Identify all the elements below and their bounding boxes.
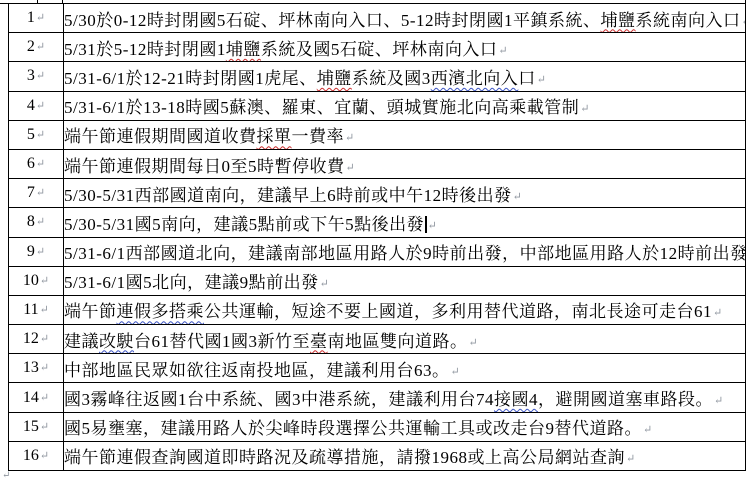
row-text: 南地區雙向道路。 — [328, 332, 468, 351]
row-number: 8 — [27, 213, 35, 230]
table-row: 13↵中部地區民眾如欲往返南投地區，建議利用台63。↵ — [9, 354, 746, 383]
end-of-cell-mark: ↵ — [40, 421, 49, 433]
end-of-cell-mark: ↵ — [36, 41, 45, 53]
row-text: 5/30-5/31西部國道南向，建議早上6時前或中午12時後出發 — [64, 186, 512, 205]
end-of-cell-mark: ↵ — [40, 275, 49, 287]
row-text: 5/30於0-12時封閉國5石碇、坪林南向入口、5-12時封閉國1平鎮系統、 — [64, 11, 601, 30]
row-text: 國3霧峰往返國1台中系統、國3中港系統，建議利用台74 — [64, 390, 494, 409]
row-text: 5/31-6/1西部國道北向，建議南部地區用路人於9時前出發，中部地區用路人於1… — [64, 244, 746, 263]
end-of-cell-mark: ↵ — [36, 246, 45, 258]
document-page: 1↵5/30於0-12時封閉國5石碇、坪林南向入口、5-12時封閉國1平鎮系統、… — [0, 0, 751, 478]
row-text: 系統及國5石碇、坪林南向入口 — [261, 40, 498, 59]
end-of-cell-mark: ↵ — [36, 12, 45, 24]
end-of-cell-mark: ↵ — [345, 132, 354, 144]
row-text-cell[interactable]: 5/30-5/31國5南向，建議5點前或下午5點後出發↵ — [64, 208, 746, 237]
end-of-cell-mark: ↵ — [713, 307, 722, 319]
table-row: 1↵5/30於0-12時封閉國5石碇、坪林南向入口、5-12時封閉國1平鎮系統、… — [9, 4, 746, 33]
row-number-cell[interactable]: 10↵ — [9, 266, 64, 295]
table-body: 1↵5/30於0-12時封閉國5石碇、坪林南向入口、5-12時封閉國1平鎮系統、… — [9, 4, 746, 471]
row-number: 6 — [27, 155, 35, 172]
row-number: 10 — [23, 272, 39, 289]
table-row: 11↵端午節連假多搭乘公共運輸，短途不要上國道，多利用替代道路，南北長途可走台6… — [9, 295, 746, 324]
row-text: ，避開國道塞車路段。 — [538, 390, 713, 409]
row-number: 9 — [27, 243, 35, 260]
row-text: 系統及國3 — [352, 69, 431, 88]
row-text: 5/31於5-12時封閉國1 — [64, 40, 226, 59]
end-of-cell-mark: ↵ — [36, 70, 45, 82]
spellcheck-flagged-text: 臺 — [310, 332, 328, 351]
end-of-cell-mark: ↵ — [513, 191, 522, 203]
end-of-cell-mark: ↵ — [537, 74, 546, 86]
row-number: 16 — [23, 447, 39, 464]
table-row: 12↵建議改駛台61替代國1國3新竹至臺南地區雙向道路。↵ — [9, 325, 746, 354]
table-row: 14↵國3霧峰往返國1台中系統、國3中港系統，建議利用台74接國4，避開國道塞車… — [9, 383, 746, 412]
row-number-cell[interactable]: 6↵ — [9, 149, 64, 178]
row-text: 5/30-5/31國5南向，建議5點前或下午5點後出發 — [64, 215, 424, 234]
row-text: 端午節連假期間每日0至5時暫停收費 — [64, 157, 345, 176]
table-row: 16↵端午節連假查詢國道即時路況及疏導措施，請撥1968或上高公局網站查詢↵ — [9, 441, 746, 470]
row-text: 5/31-6/1於13-18時國5蘇澳、羅東、宜蘭、頭城實施北向高乘載管制 — [64, 98, 579, 117]
row-text: 5/31-6/1於12-21時封閉國1虎尾、 — [64, 69, 317, 88]
row-text: 系統南向入口 — [636, 11, 741, 30]
spellcheck-flagged-text: 採單 — [257, 127, 292, 146]
end-of-cell-mark: ↵ — [40, 392, 49, 404]
row-text-cell[interactable]: 5/31-6/1於12-21時封閉國1虎尾、埔鹽系統及國3西濱北向入口↵ — [64, 62, 746, 91]
row-number: 15 — [23, 418, 39, 435]
row-text: 中部地區民眾如欲往返南投地區，建議利用台63。 — [64, 361, 450, 380]
row-text-cell[interactable]: 5/30-5/31西部國道南向，建議早上6時前或中午12時後出發↵ — [64, 179, 746, 208]
grammarcheck-flagged-text: 改駛 — [99, 332, 134, 351]
grammarcheck-flagged-text: 西濱北向入 — [431, 69, 519, 88]
table-row: 15↵國5易壅塞，建議用路人於尖峰時段選擇公共運輸工具或改走台9替代道路。↵ — [9, 412, 746, 441]
end-of-cell-mark: ↵ — [742, 16, 746, 28]
row-number-cell[interactable]: 16↵ — [9, 441, 64, 470]
row-text-cell[interactable]: 5/31於5-12時封閉國1埔鹽系統及國5石碇、坪林南向入口↵ — [64, 33, 746, 62]
row-number-cell[interactable]: 7↵ — [9, 179, 64, 208]
row-text: 公共運輸，短途不要上國道，多利用替代道路，南北長途可走台61 — [204, 302, 712, 321]
row-number-cell[interactable]: 12↵ — [9, 325, 64, 354]
end-of-cell-mark: ↵ — [36, 216, 45, 228]
paragraph-mark: ↵ — [2, 470, 10, 478]
table-row: 8↵5/30-5/31國5南向，建議5點前或下午5點後出發↵ — [9, 208, 746, 237]
row-number: 2 — [27, 38, 35, 55]
row-number-cell[interactable]: 13↵ — [9, 354, 64, 383]
table-row: 4↵5/31-6/1於13-18時國5蘇澳、羅東、宜蘭、頭城實施北向高乘載管制↵ — [9, 91, 746, 120]
row-number: 11 — [23, 301, 38, 318]
row-number: 13 — [23, 359, 39, 376]
end-of-cell-mark: ↵ — [346, 162, 355, 174]
row-text: 口 — [518, 69, 536, 88]
row-number: 12 — [23, 330, 39, 347]
spellcheck-flagged-text: 埔鹽 — [317, 69, 352, 88]
row-text-cell[interactable]: 國5易壅塞，建議用路人於尖峰時段選擇公共運輸工具或改走台9替代道路。↵ — [64, 412, 746, 441]
end-of-cell-mark: ↵ — [428, 220, 437, 232]
grammarcheck-flagged-text: 接國4 — [494, 390, 538, 409]
end-of-cell-mark: ↵ — [40, 450, 49, 462]
text-cursor — [425, 216, 427, 233]
row-text-cell[interactable]: 5/31-6/1西部國道北向，建議南部地區用路人於9時前出發，中部地區用路人於1… — [64, 237, 746, 266]
end-of-cell-mark: ↵ — [643, 424, 652, 436]
end-of-cell-mark: ↵ — [36, 100, 45, 112]
row-number-cell[interactable]: 15↵ — [9, 412, 64, 441]
traffic-advisory-table: 1↵5/30於0-12時封閉國5石碇、坪林南向入口、5-12時封閉國1平鎮系統、… — [8, 4, 746, 471]
row-number: 14 — [23, 389, 39, 406]
row-text: 建議 — [64, 332, 99, 351]
row-text-cell[interactable]: 5/30於0-12時封閉國5石碇、坪林南向入口、5-12時封閉國1平鎮系統、埔鹽… — [64, 4, 746, 33]
row-text-cell[interactable]: 端午節連假多搭乘公共運輸，短途不要上國道，多利用替代道路，南北長途可走台61↵ — [64, 295, 746, 324]
end-of-cell-mark: ↵ — [40, 362, 49, 374]
row-number: 4 — [27, 97, 35, 114]
row-number-cell[interactable]: 1↵ — [9, 4, 64, 33]
spellcheck-flagged-text: 埔鹽 — [226, 40, 261, 59]
row-text: 一費率 — [292, 127, 345, 146]
table-row: 9↵5/31-6/1西部國道北向，建議南部地區用路人於9時前出發，中部地區用路人… — [9, 237, 746, 266]
row-number-cell[interactable]: 3↵ — [9, 62, 64, 91]
spellcheck-flagged-text: 埔鹽 — [601, 11, 636, 30]
end-of-cell-mark: ↵ — [714, 395, 723, 407]
table-row: 6↵端午節連假期間每日0至5時暫停收費↵ — [9, 149, 746, 178]
row-text-cell[interactable]: 5/31-6/1國5北向，建議9點前出發↵ — [64, 266, 746, 295]
row-text-cell[interactable]: 端午節連假期間國道收費採單一費率↵ — [64, 120, 746, 149]
table-row: 5↵端午節連假期間國道收費採單一費率↵ — [9, 120, 746, 149]
end-of-cell-mark: ↵ — [36, 158, 45, 170]
row-text: 端午節連假查詢國道即時路況及疏導措施，請撥1968或上高公局網站查詢 — [64, 448, 625, 467]
table-row: 2↵5/31於5-12時封閉國1埔鹽系統及國5石碇、坪林南向入口↵ — [9, 33, 746, 62]
row-number: 1 — [27, 9, 35, 26]
row-number-cell[interactable]: 11↵ — [9, 295, 64, 324]
row-text: 端午節 — [64, 302, 117, 321]
end-of-cell-mark: ↵ — [40, 333, 49, 345]
end-of-cell-mark: ↵ — [320, 278, 329, 290]
row-text: 端午節連假期間國道收費 — [64, 127, 257, 146]
end-of-cell-mark: ↵ — [36, 129, 45, 141]
row-number-cell[interactable]: 14↵ — [9, 383, 64, 412]
row-text: 國5易壅塞，建議用路人於尖峰時段選擇公共運輸工具或改走台9替代道路。 — [64, 419, 642, 438]
end-of-cell-mark: ↵ — [498, 45, 507, 57]
end-of-cell-mark: ↵ — [626, 453, 635, 465]
row-number-cell[interactable]: 9↵ — [9, 237, 64, 266]
end-of-cell-mark: ↵ — [580, 103, 589, 115]
table-row: 3↵5/31-6/1於12-21時封閉國1虎尾、埔鹽系統及國3西濱北向入口↵ — [9, 62, 746, 91]
table-row: 7↵5/30-5/31西部國道南向，建議早上6時前或中午12時後出發↵ — [9, 179, 746, 208]
row-text-cell[interactable]: 建議改駛台61替代國1國3新竹至臺南地區雙向道路。↵ — [64, 325, 746, 354]
row-number: 5 — [27, 126, 35, 143]
row-number-cell[interactable]: 4↵ — [9, 91, 64, 120]
row-text-cell[interactable]: 端午節連假查詢國道即時路況及疏導措施，請撥1968或上高公局網站查詢↵ — [64, 441, 746, 470]
row-text-cell[interactable]: 5/31-6/1於13-18時國5蘇澳、羅東、宜蘭、頭城實施北向高乘載管制↵ — [64, 91, 746, 120]
row-number: 7 — [27, 184, 35, 201]
row-text-cell[interactable]: 國3霧峰往返國1台中系統、國3中港系統，建議利用台74接國4，避開國道塞車路段。… — [64, 383, 746, 412]
grammarcheck-flagged-text: 連假多搭乘 — [117, 302, 205, 321]
table-row: 10↵5/31-6/1國5北向，建議9點前出發↵ — [9, 266, 746, 295]
end-of-cell-mark: ↵ — [36, 187, 45, 199]
row-number: 3 — [27, 67, 35, 84]
row-number-cell[interactable]: 8↵ — [9, 208, 64, 237]
end-of-cell-mark: ↵ — [469, 337, 478, 349]
row-text: 台61替代國1國3新竹至 — [134, 332, 310, 351]
row-text-cell[interactable]: 端午節連假期間每日0至5時暫停收費↵ — [64, 149, 746, 178]
end-of-cell-mark: ↵ — [451, 366, 460, 378]
row-number-cell[interactable]: 2↵ — [9, 33, 64, 62]
row-text: 5/31-6/1國5北向，建議9點前出發 — [64, 273, 319, 292]
row-number-cell[interactable]: 5↵ — [9, 120, 64, 149]
end-of-cell-mark: ↵ — [40, 304, 49, 316]
row-text-cell[interactable]: 中部地區民眾如欲往返南投地區，建議利用台63。↵ — [64, 354, 746, 383]
